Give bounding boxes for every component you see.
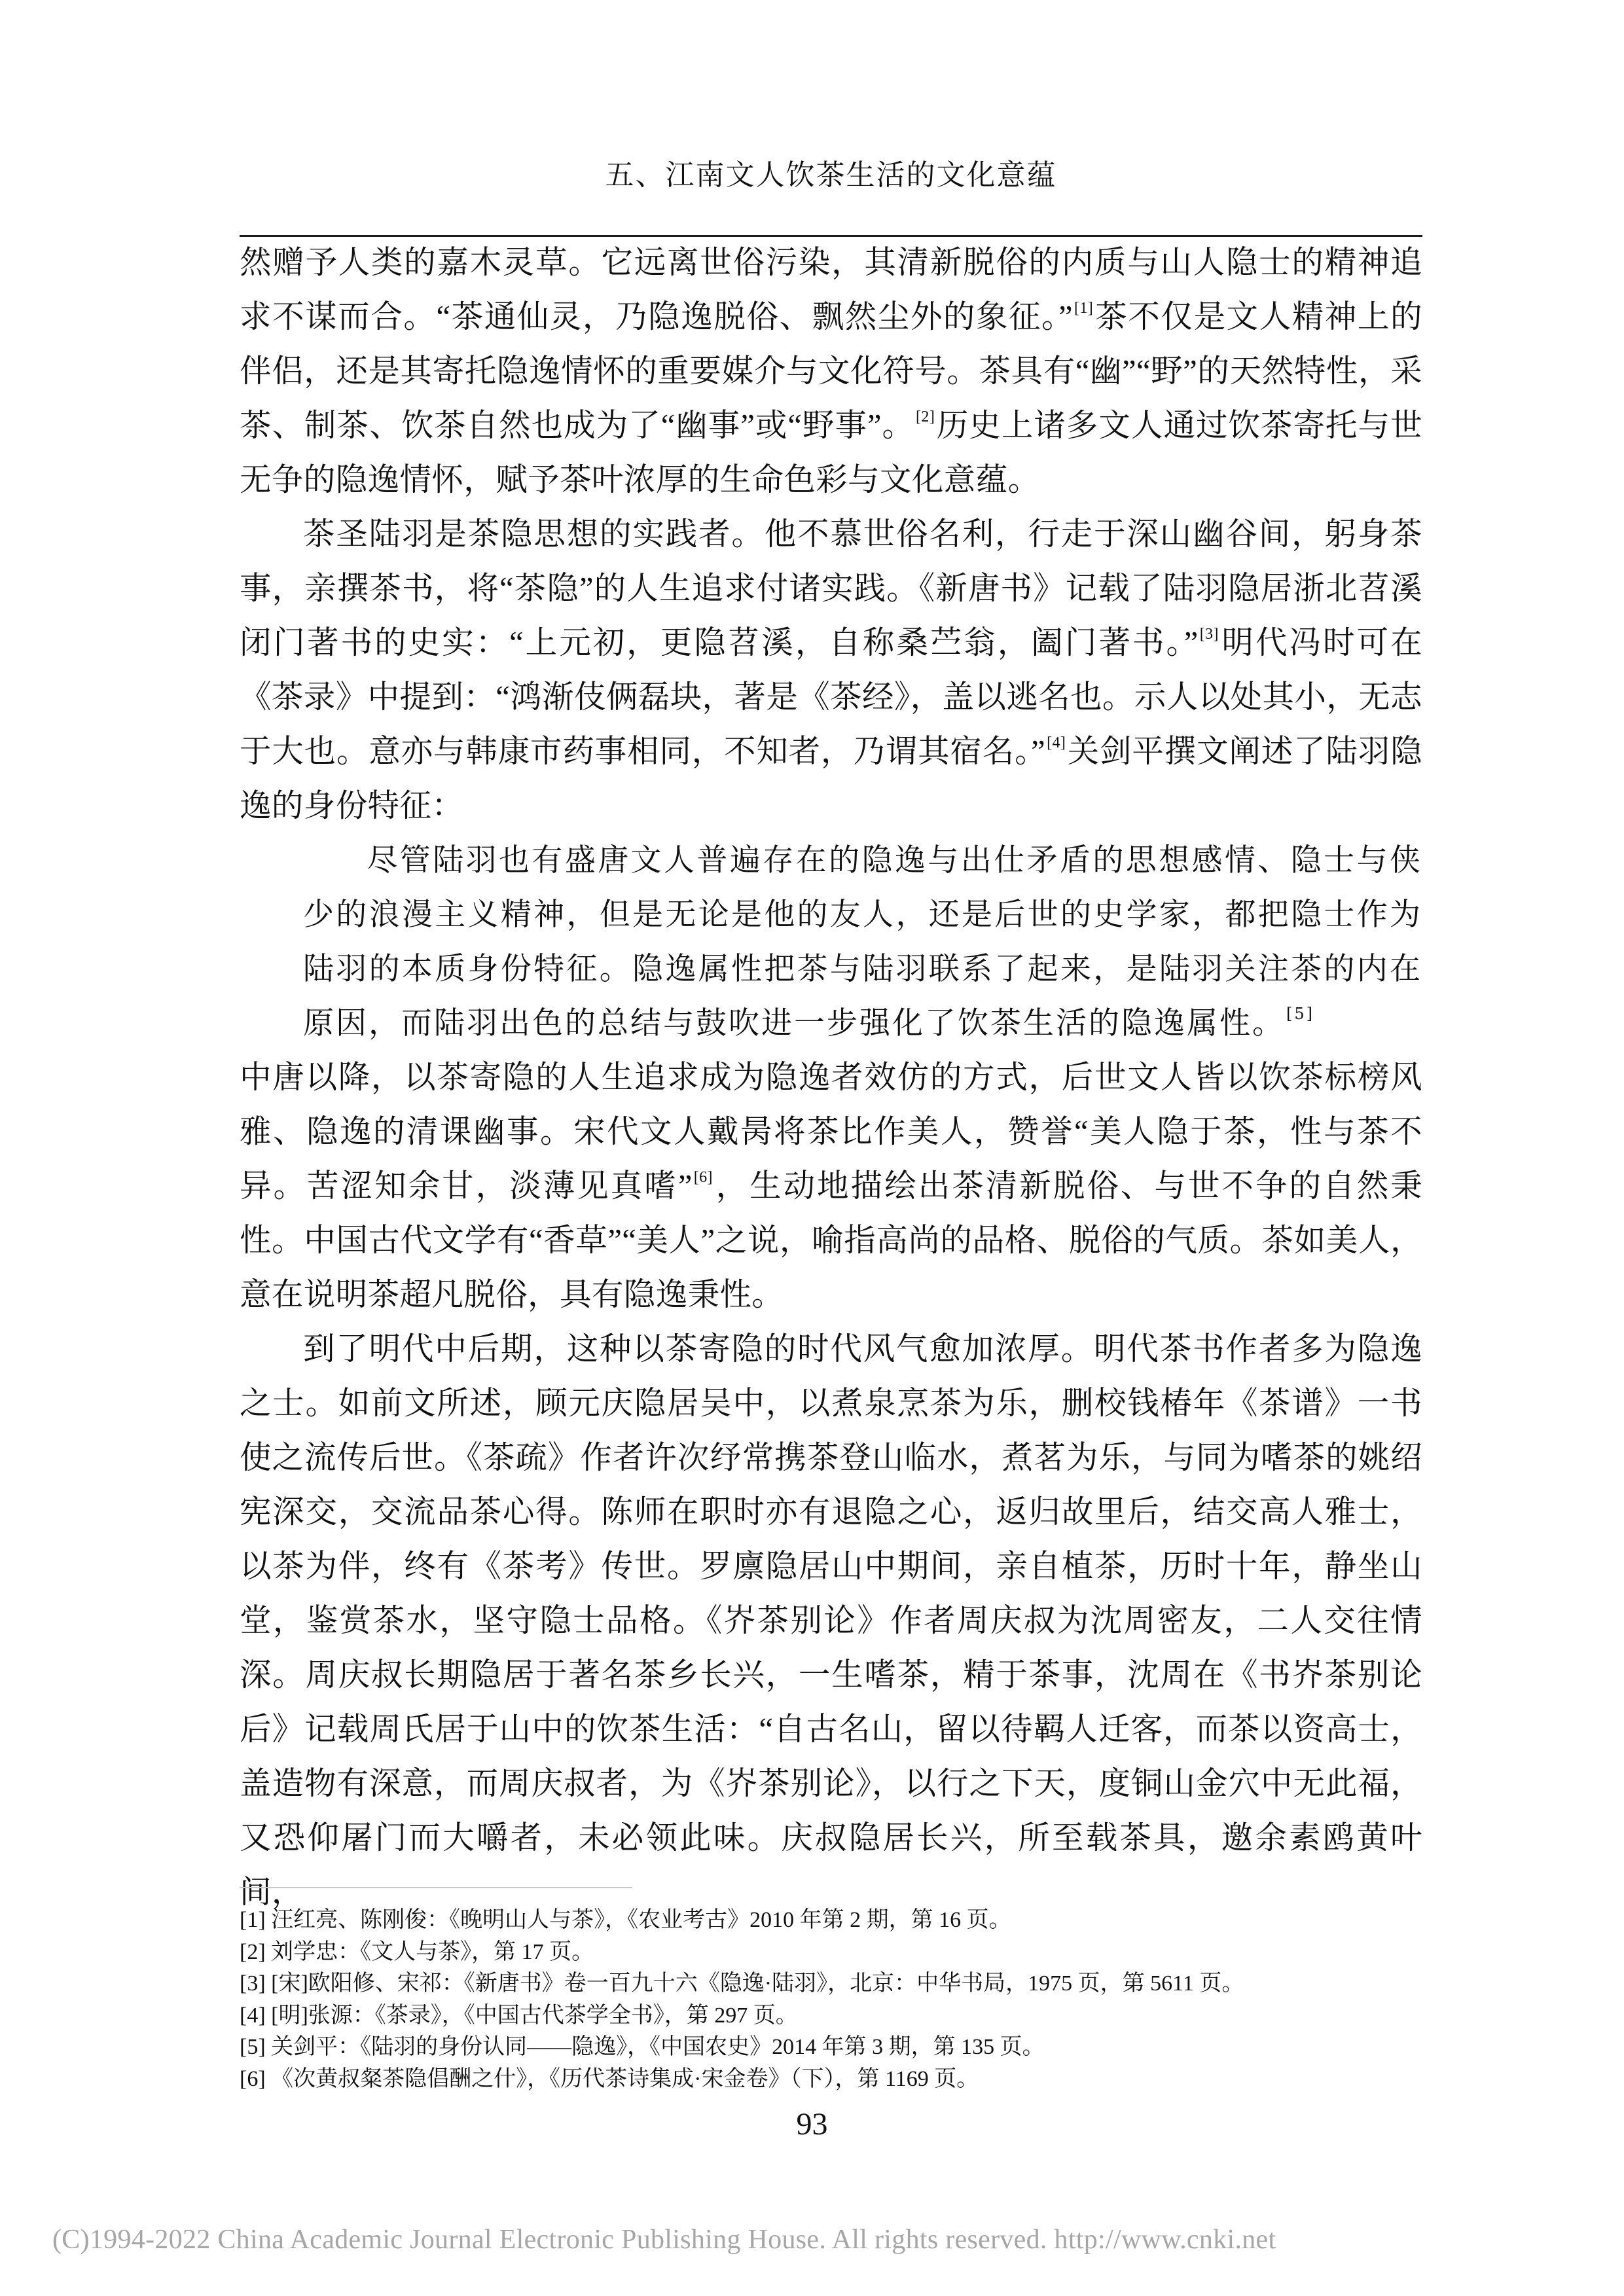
paragraph-text: 到了明代中后期，这种以茶寄隐的时代风气愈加浓厚。明代茶书作者多为隐逸之士。如前文… — [240, 1332, 1422, 1910]
paragraph-2: 茶圣陆羽是茶隐思想的实践者。他不慕世俗名利，行走于深山幽谷间，躬身茶事，亲撰茶书… — [240, 507, 1422, 833]
footnote-separator — [240, 1887, 632, 1888]
running-head-title: 五、江南文人饮茶生活的文化意蕴 — [240, 156, 1422, 195]
block-quote: 尽管陆羽也有盛唐文人普遍存在的隐逸与出仕矛盾的思想感情、隐士与侠少的浪漫主义精神… — [240, 833, 1422, 1050]
paragraph-3: 中唐以降，以茶寄隐的人生追求成为隐逸者效仿的方式，后世文人皆以饮茶标榜风雅、隐逸… — [240, 1050, 1422, 1322]
footnote-4: [4] [明]张源：《茶录》，《中国古代茶学全书》，第 297 页。 — [240, 2000, 1422, 2032]
footnote-ref-6[interactable]: [6] — [694, 1169, 713, 1186]
footnote-2: [2] 刘学忠：《文人与茶》，第 17 页。 — [240, 1937, 1422, 1969]
page-number: 93 — [0, 2106, 1624, 2142]
paragraph-1: 然赠予人类的嘉木灵草。它远离世俗污染，其清新脱俗的内质与山人隐士的精神追求不谋而… — [240, 236, 1422, 507]
footnote-3: [3] [宋]欧阳修、宋祁：《新唐书》卷一百九十六《隐逸·陆羽》，北京：中华书局… — [240, 1968, 1422, 2000]
copyright-notice: (C)1994-2022 China Academic Journal Elec… — [52, 2224, 1276, 2255]
main-text: 然赠予人类的嘉木灵草。它远离世俗污染，其清新脱俗的内质与山人隐士的精神追求不谋而… — [240, 236, 1422, 1920]
paragraph-4: 到了明代中后期，这种以茶寄隐的时代风气愈加浓厚。明代茶书作者多为隐逸之士。如前文… — [240, 1322, 1422, 1920]
footnote-5: [5] 关剑平：《陆羽的身份认同——隐逸》，《中国农史》2014 年第 3 期，… — [240, 2032, 1422, 2064]
quote-text: 尽管陆羽也有盛唐文人普遍存在的隐逸与出仕矛盾的思想感情、隐士与侠少的浪漫主义精神… — [303, 842, 1422, 1041]
footnote-6: [6] 《次黄叔粲茶隐倡酬之什》，《历代茶诗集成·宋金卷》（下），第 1169 … — [240, 2064, 1422, 2096]
footnote-ref-3[interactable]: [3] — [1200, 626, 1219, 643]
footnote-ref-5[interactable]: [5] — [1286, 1005, 1314, 1023]
footnote-1: [1] 汪红亮、陈刚俊：《晚明山人与茶》，《农业考古》2010 年第 2 期，第… — [240, 1905, 1422, 1937]
footnotes: [1] 汪红亮、陈刚俊：《晚明山人与茶》，《农业考古》2010 年第 2 期，第… — [240, 1905, 1422, 2095]
footnote-ref-2[interactable]: [2] — [916, 408, 935, 425]
footnote-ref-4[interactable]: [4] — [1047, 734, 1066, 751]
footnote-ref-1[interactable]: [1] — [1074, 300, 1093, 317]
